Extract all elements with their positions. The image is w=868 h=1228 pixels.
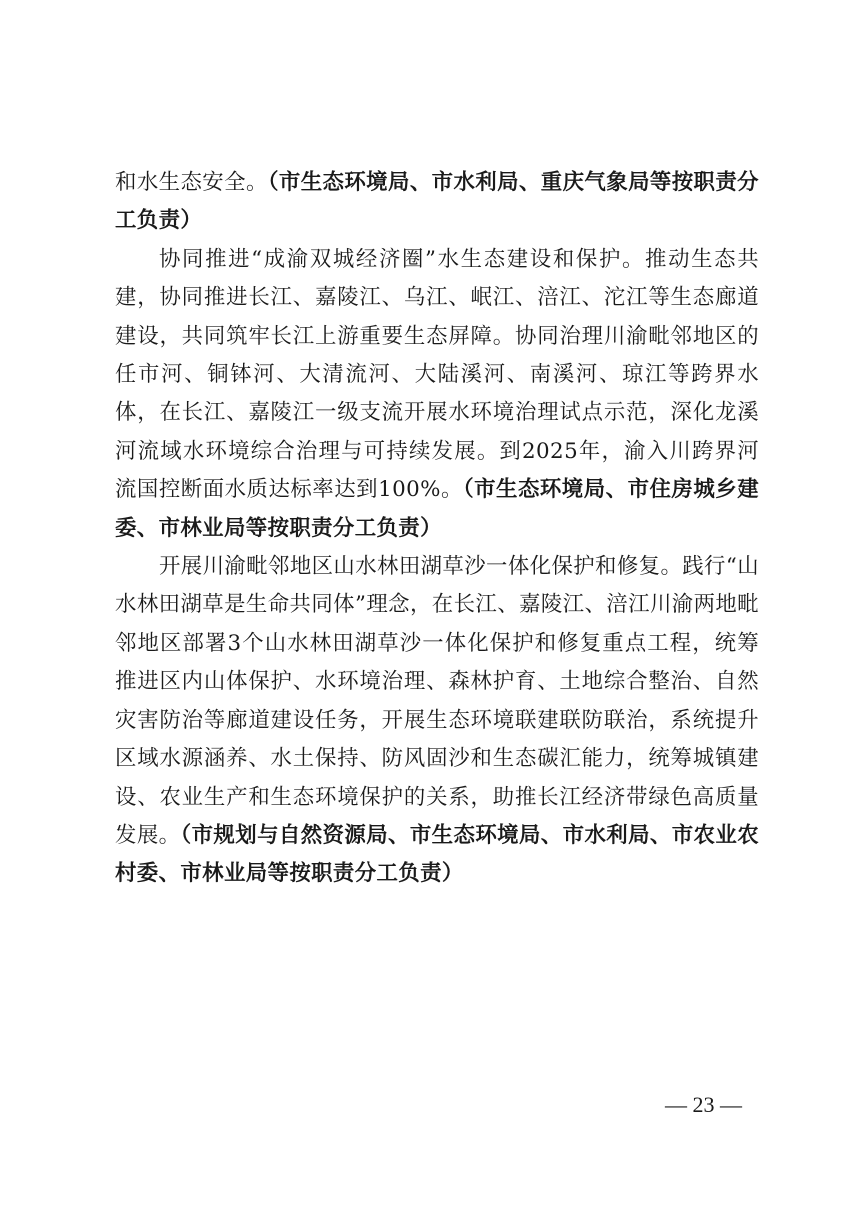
page-number-value: 23 (693, 1092, 715, 1117)
paragraph-chengyu-water-ecology: 协同推进“成渝双城经济圈”水生态建设和保护。推动生态共建，协同推进长江、嘉陵江、… (115, 241, 759, 548)
responsibility-note: （市规划与自然资源局、市生态环境局、市水利局、市农业农村委、市林业局等按职责分工… (115, 823, 759, 886)
paragraph-continuation: 和水生态安全。（市生态环境局、市水利局、重庆气象局等按职责分工负责） (115, 164, 759, 241)
page-number: — 23 — (665, 1092, 742, 1118)
paragraph-text: 和水生态安全。 (115, 170, 268, 195)
paragraph-text: 开展川渝毗邻地区山水林田湖草沙一体化保护和修复。践行“山水林田湖草是生命共同体”… (115, 554, 759, 848)
paragraph-text: 协同推进“成渝双城经济圈”水生态建设和保护。推动生态共建，协同推进长江、嘉陵江、… (115, 247, 759, 502)
document-body: 和水生态安全。（市生态环境局、市水利局、重庆气象局等按职责分工负责） 协同推进“… (115, 164, 759, 894)
page-number-dash-left: — (665, 1092, 687, 1118)
paragraph-integrated-protection: 开展川渝毗邻地区山水林田湖草沙一体化保护和修复。践行“山水林田湖草是生命共同体”… (115, 548, 759, 894)
page-number-dash-right: — (720, 1092, 742, 1118)
